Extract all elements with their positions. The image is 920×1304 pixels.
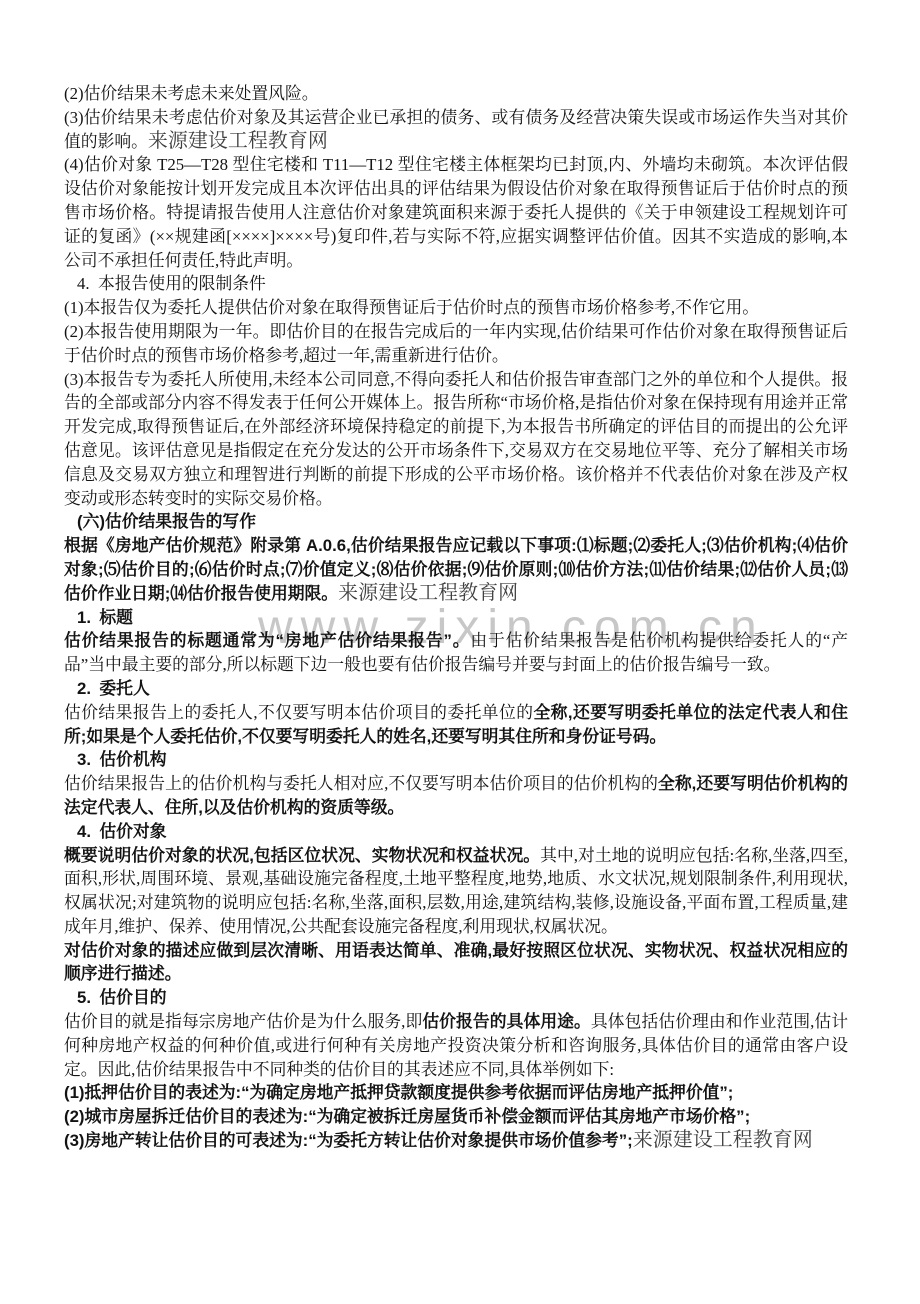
heading-subject: 4. 估价对象 [64, 820, 848, 844]
text-segment-source: 来源建设工程教育网 [338, 582, 518, 604]
purpose-example-transfer: (3)房地产转让估价目的可表述为:“为委托方转让估价对象提供市场价值参考”;来源… [64, 1129, 848, 1153]
text-segment-normal: 估价目的就是指每宗房地产估价是为什么服务,即 [64, 1012, 422, 1031]
assumption-item-2: (2)估价结果未考虑未来处置风险。 [64, 82, 848, 106]
restriction-item-1: (1)本报告仅为委托人提供估价对象在取得预售证后于估价时点的预售市场价格参考,不… [64, 296, 848, 320]
text-segment-normal: (2)本报告使用期限为一年。即估价目的在报告完成后的一年内实现,估价结果可作估价… [64, 322, 848, 365]
text-segment-bold: (1)抵押估价目的表述为:“为确定房地产抵押贷款额度提供参考依据而评估房地产抵押… [64, 1083, 733, 1102]
text-segment-bold: 5. 估价目的 [77, 988, 167, 1007]
restriction-item-3: (3)本报告专为委托人所使用,未经本公司同意,不得向委托人和估价报告审查部门之外… [64, 368, 848, 511]
text-segment-bold: 对估价对象的描述应做到层次清晰、用语表达简单、准确,最好按照区位状况、实物状况、… [64, 941, 848, 984]
text-segment-bold: 4. 估价对象 [77, 822, 167, 841]
restriction-item-2: (2)本报告使用期限为一年。即估价目的在报告完成后的一年内实现,估价结果可作估价… [64, 320, 848, 368]
heading-agency: 3. 估价机构 [64, 748, 848, 772]
para-client: 估价结果报告上的委托人,不仅要写明本估价项目的委托单位的全称,还要写明委托单位的… [64, 701, 848, 749]
text-segment-normal: 4. 本报告使用的限制条件 [77, 274, 266, 293]
text-segment-source: 来源建设工程教育网 [148, 130, 328, 152]
heading-title: 1. 标题 [64, 606, 848, 630]
assumption-item-4: (4)估价对象 T25—T28 型住宅楼和 T11—T12 型住宅楼主体框架均已… [64, 153, 848, 272]
text-segment-bold: 概要说明估价对象的状况,包括区位状况、实物状况和权益状况。 [64, 846, 540, 865]
text-segment-normal: (1)本报告仅为委托人提供估价对象在取得预售证后于估价时点的预售市场价格参考,不… [64, 298, 759, 317]
para-agency: 估价结果报告上的估价机构与委托人相对应,不仅要写明本估价项目的估价机构的全称,还… [64, 772, 848, 820]
text-segment-bold: 1. 标题 [77, 608, 133, 627]
section-heading-usage-restrictions: 4. 本报告使用的限制条件 [64, 272, 848, 296]
text-segment-bold: (3)房地产转让估价目的可表述为:“为委托方转让估价对象提供市场价值参考”; [64, 1131, 633, 1150]
document-page: www.zixin.com.cn (2)估价结果未考虑未来处置风险。(3)估价结… [0, 0, 920, 1304]
para-subject-description: 对估价对象的描述应做到层次清晰、用语表达简单、准确,最好按照区位状况、实物状况、… [64, 939, 848, 987]
text-segment-source: 来源建设工程教育网 [633, 1129, 813, 1151]
text-segment-bold: 估价报告的具体用途。 [422, 1012, 591, 1031]
heading-client: 2. 委托人 [64, 677, 848, 701]
text-segment-bold: (2)城市房屋拆迁估价目的表述为:“为确定被拆迁房屋货币补偿金额而评估其房地产市… [64, 1107, 750, 1126]
para-title: 估价结果报告的标题通常为“房地产估价结果报告”。由于估价结果报告是估价机构提供给… [64, 629, 848, 677]
text-segment-normal: (2)估价结果未考虑未来处置风险。 [64, 84, 319, 103]
text-segment-bold: (六)估价结果报告的写作 [77, 512, 256, 531]
purpose-example-mortgage: (1)抵押估价目的表述为:“为确定房地产抵押贷款额度提供参考依据而评估房地产抵押… [64, 1081, 848, 1105]
para-purpose: 估价目的就是指每宗房地产估价是为什么服务,即估价报告的具体用途。具体包括估价理由… [64, 1010, 848, 1081]
heading-purpose: 5. 估价目的 [64, 986, 848, 1010]
text-segment-normal: 估价结果报告上的委托人,不仅要写明本估价项目的委托单位的 [64, 703, 533, 722]
para-subject: 概要说明估价对象的状况,包括区位状况、实物状况和权益状况。其中,对土地的说明应包… [64, 844, 848, 939]
text-segment-bold: 2. 委托人 [77, 679, 150, 698]
text-segment-bold: 估价结果报告的标题通常为“房地产估价结果报告”。 [64, 631, 470, 650]
assumption-item-3: (3)估价结果未考虑估价对象及其运营企业已承担的债务、或有债务及经营决策失误或市… [64, 106, 848, 154]
text-segment-bold: 3. 估价机构 [77, 750, 167, 769]
purpose-example-demolition: (2)城市房屋拆迁估价目的表述为:“为确定被拆迁房屋货币补偿金额而评估其房地产市… [64, 1105, 848, 1129]
text-segment-normal: 估价结果报告上的估价机构与委托人相对应,不仅要写明本估价项目的估价机构的 [64, 774, 658, 793]
section-heading-report-writing: (六)估价结果报告的写作 [64, 510, 848, 534]
text-segment-normal: (3)本报告专为委托人所使用,未经本公司同意,不得向委托人和估价报告审查部门之外… [64, 370, 848, 508]
report-required-items: 根据《房地产估价规范》附录第 A.0.6,估价结果报告应记载以下事项:⑴标题;⑵… [64, 534, 848, 605]
document-body: (2)估价结果未考虑未来处置风险。(3)估价结果未考虑估价对象及其运营企业已承担… [64, 82, 848, 1153]
text-segment-normal: (4)估价对象 T25—T28 型住宅楼和 T11—T12 型住宅楼主体框架均已… [64, 155, 848, 269]
